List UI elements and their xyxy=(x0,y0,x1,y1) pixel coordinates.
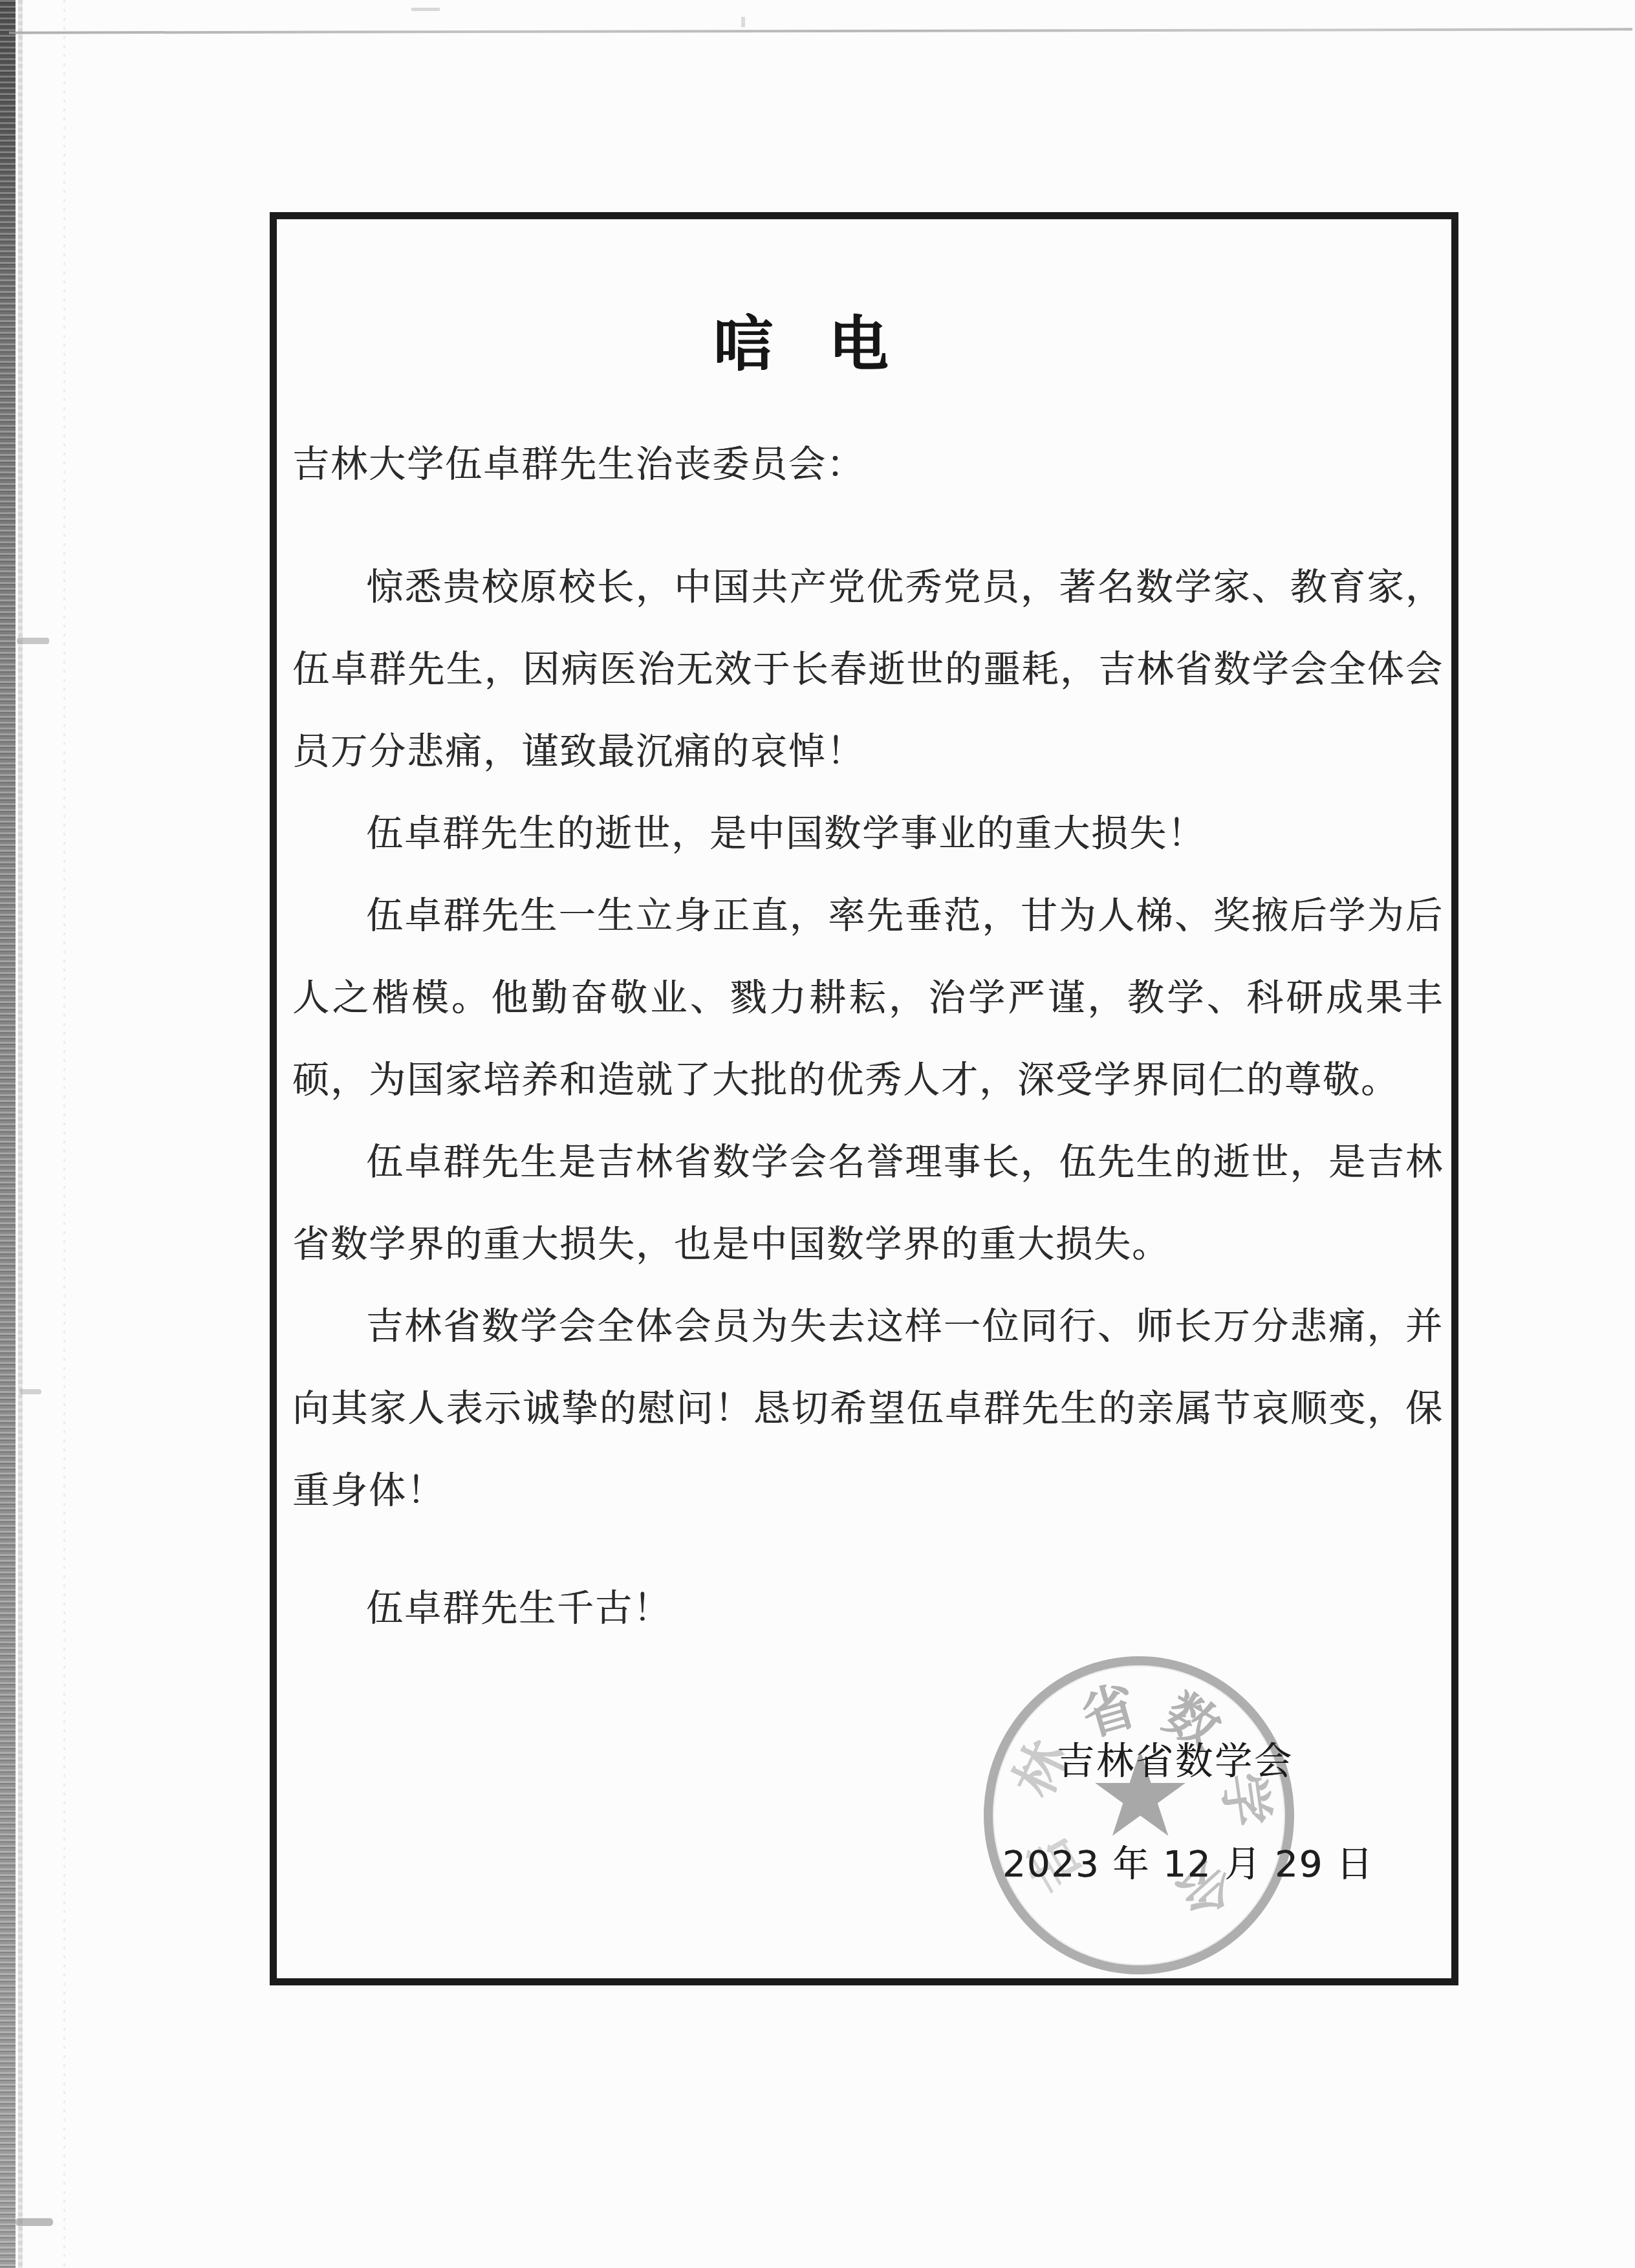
scan-speck xyxy=(741,17,745,27)
signature-org-name: 吉林省数学会 xyxy=(1057,1740,1294,1782)
closing-tribute-line: 伍卓群先生千古！ xyxy=(292,1568,1444,1650)
paragraph-2: 伍卓群先生的逝世，是中国数学事业的重大损失！ xyxy=(292,793,1444,875)
letter-title: 唁 电 xyxy=(217,297,1391,382)
scan-top-paper-edge xyxy=(9,28,1632,34)
scan-smudge xyxy=(16,2218,53,2226)
paragraph-1: 惊悉贵校原校长，中国共产党优秀党员，著名数学家、教育家，伍卓群先生，因病医治无效… xyxy=(292,546,1444,793)
letter-border-frame: 唁 电 吉林大学伍卓群先生治丧委员会： 惊悉贵校原校长，中国共产党优秀党员，著名… xyxy=(270,212,1458,1985)
scan-edge-line xyxy=(18,0,23,2268)
scan-smudge xyxy=(19,1389,41,1394)
scan-faint-line xyxy=(63,0,65,2268)
scan-smudge xyxy=(17,638,49,644)
scan-speck xyxy=(411,8,440,11)
paragraph-3: 伍卓群先生一生立身正直，率先垂范，甘为人梯、奖掖后学为后人之楷模。他勤奋敬业、戮… xyxy=(292,875,1444,1121)
paragraph-5: 吉林省数学会全体会员为失去这样一位同行、师长万分悲痛，并向其家人表示诚挚的慰问！… xyxy=(292,1286,1444,1532)
scanned-condolence-letter: { "doc": { "title": "唁 电", "salutation":… xyxy=(0,0,1635,2268)
letter-body: 惊悉贵校原校长，中国共产党优秀党员，著名数学家、教育家，伍卓群先生，因病医治无效… xyxy=(292,546,1444,1650)
signature-date: 2023 年 12 月 29 日 xyxy=(1002,1844,1374,1885)
salutation-line: 吉林大学伍卓群先生治丧委员会： xyxy=(292,442,1444,487)
scan-edge-streak xyxy=(0,0,16,2268)
organization-seal: ★ 吉 林 省 数 学 会 xyxy=(984,1656,1294,1974)
paragraph-4: 伍卓群先生是吉林省数学会名誉理事长，伍先生的逝世，是吉林省数学界的重大损失，也是… xyxy=(292,1121,1444,1286)
